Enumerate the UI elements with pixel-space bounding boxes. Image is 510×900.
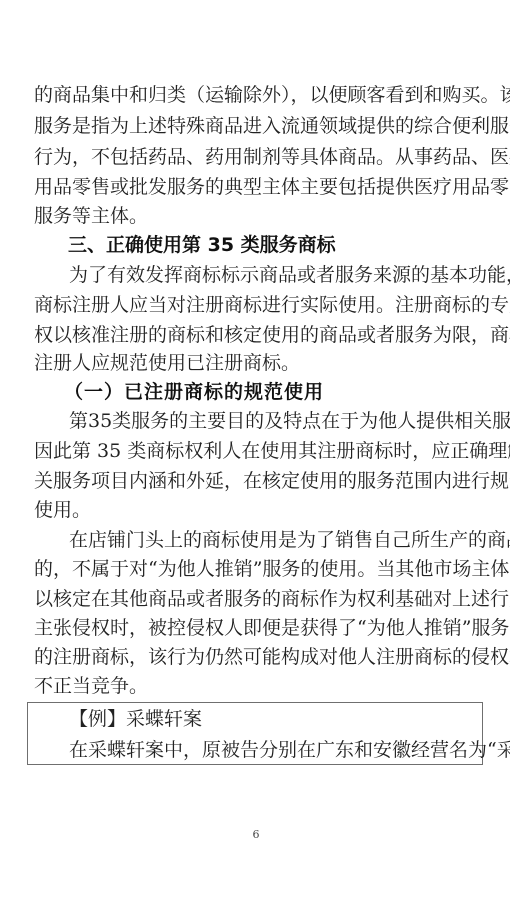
example-title: 【例】采蝶轩案 — [69, 704, 202, 734]
body-text-line: 在店铺门头上的商标使用是为了销售自己所生产的商品 — [69, 525, 480, 555]
body-text-line: 为了有效发挥商标标示商品或者服务来源的基本功能， — [69, 260, 480, 290]
body-text-line: 关服务项目内涵和外延，在核定使用的服务范围内进行规范 — [34, 466, 480, 496]
body-text-line: 以核定在其他商品或者服务的商标作为权利基础对上述行为 — [34, 584, 480, 614]
example-text: 在采蝶轩案中，原被告分别在广东和安徽经营名为“采 — [69, 735, 480, 765]
page-number: 6 — [250, 828, 262, 841]
body-text-line: 的，不属于对“为他人推销”服务的使用。当其他市场主体 — [34, 554, 480, 584]
body-text-line: 主张侵权时，被控侵权人即便是获得了“为他人推销”服务 — [34, 613, 480, 643]
body-text-line: 行为，不包括药品、药用制剂等具体商品。从事药品、医疗 — [34, 142, 480, 172]
body-text-line: 注册人应规范使用已注册商标。 — [34, 348, 480, 378]
body-text-line: 服务是指为上述特殊商品进入流通领域提供的综合便利服务 — [34, 111, 480, 141]
body-text-line: 不正当竞争。 — [34, 671, 480, 701]
body-text-line: 用品零售或批发服务的典型主体主要包括提供医疗用品零售 — [34, 172, 480, 202]
document-page: 的商品集中和归类（运输除外），以便顾客看到和购买。该 服务是指为上述特殊商品进入… — [0, 0, 510, 900]
body-text-line: 因此第 35 类商标权利人在使用其注册商标时，应正确理解相 — [34, 436, 480, 466]
example-box: 【例】采蝶轩案 在采蝶轩案中，原被告分别在广东和安徽经营名为“采 — [27, 702, 483, 765]
body-text-line: 的注册商标，该行为仍然可能构成对他人注册商标的侵权或 — [34, 642, 480, 672]
body-text-line: 使用。 — [34, 495, 480, 525]
body-text-line: 商标注册人应当对注册商标进行实际使用。注册商标的专用 — [34, 290, 480, 320]
section-heading: 三、正确使用第 35 类服务商标 — [68, 230, 336, 260]
body-text-line: 的商品集中和归类（运输除外），以便顾客看到和购买。该 — [34, 80, 480, 110]
body-text-line: 第35类服务的主要目的及特点在于为他人提供相关服务， — [69, 406, 480, 436]
body-text-line: 服务等主体。 — [34, 201, 480, 231]
subsection-heading: （一）已注册商标的规范使用 — [64, 377, 324, 407]
body-text-line: 权以核准注册的商标和核定使用的商品或者服务为限，商标 — [34, 320, 480, 350]
